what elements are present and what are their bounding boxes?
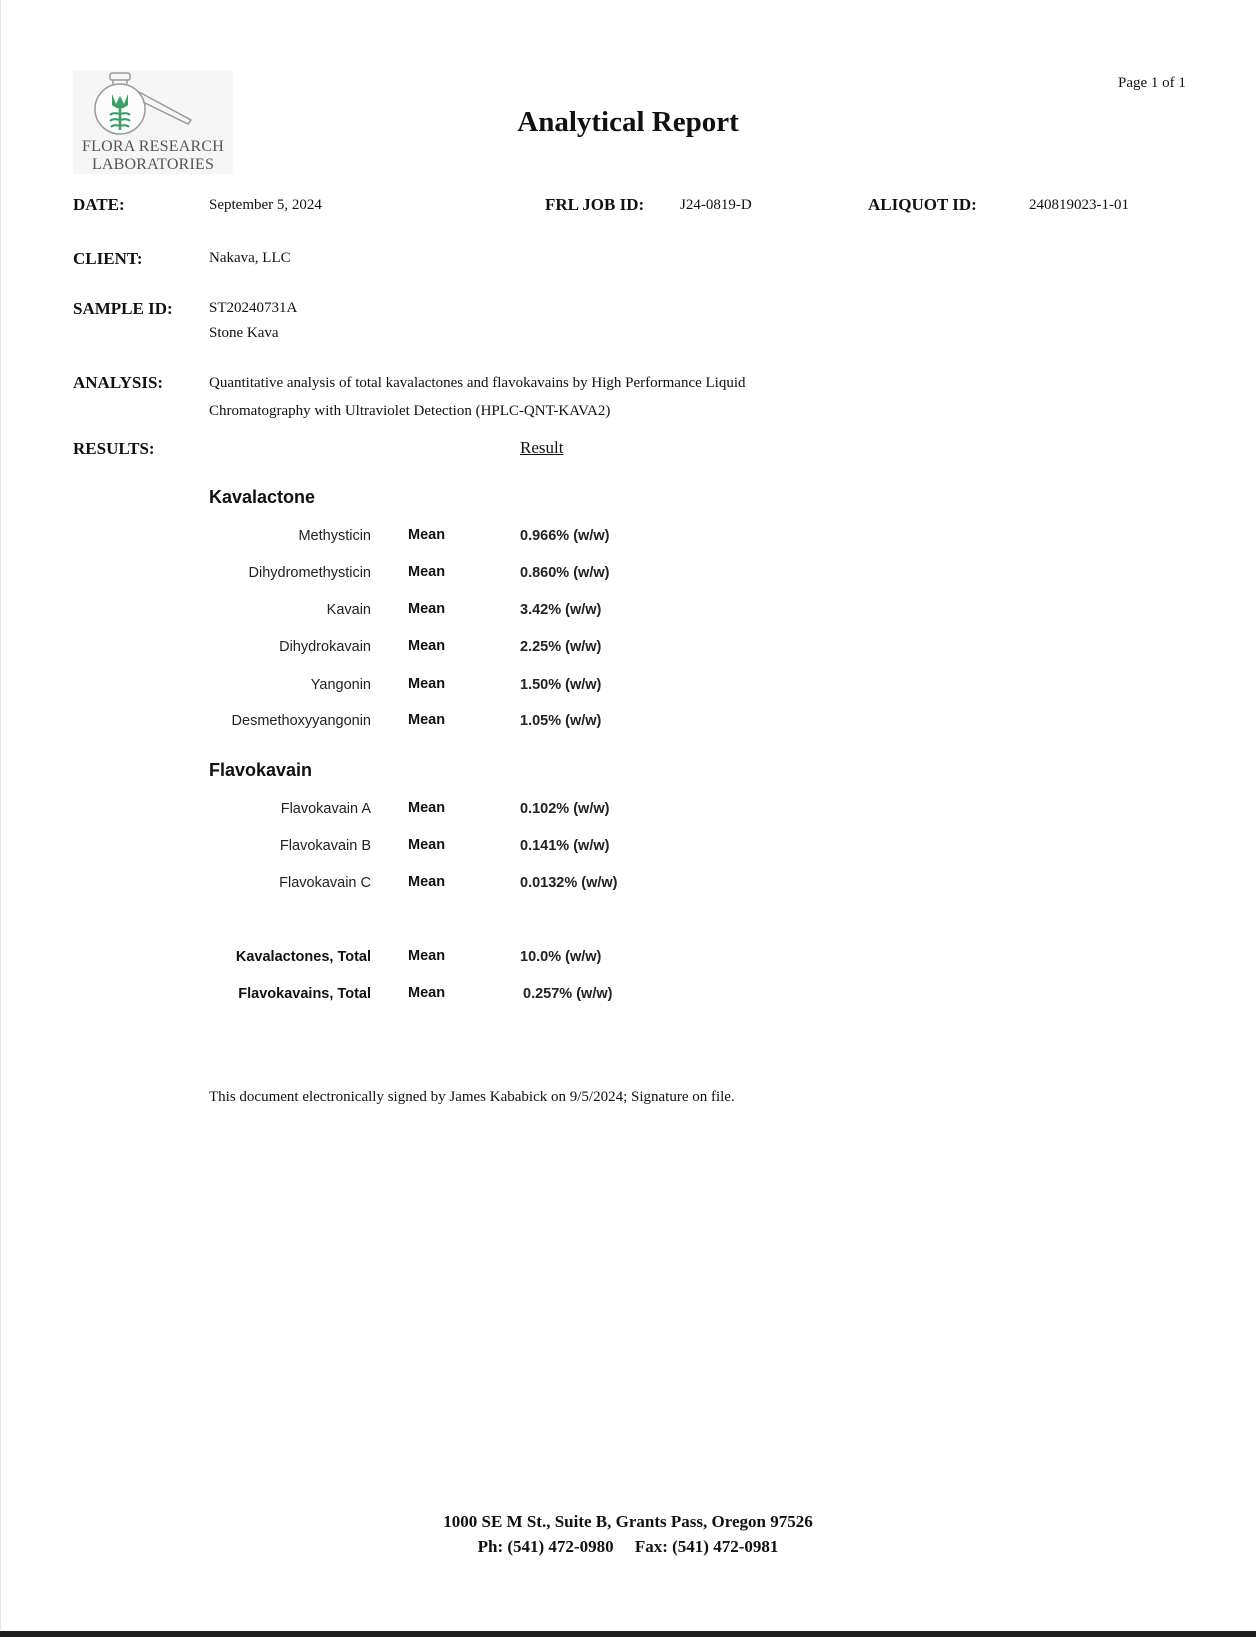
statistic-label: Mean (408, 712, 445, 728)
statistic-label: Mean (408, 527, 445, 543)
result-value: 0.141% (w/w) (520, 838, 609, 854)
analyte-name: Flavokavains, Total (111, 986, 371, 1002)
analysis-label: ANALYSIS: (73, 373, 163, 393)
result-value: 3.42% (w/w) (520, 602, 601, 618)
results-label: RESULTS: (73, 439, 155, 459)
analyte-name: Methysticin (111, 528, 371, 544)
statistic-label: Mean (408, 564, 445, 580)
result-value: 0.0132% (w/w) (520, 875, 618, 891)
date-value: September 5, 2024 (209, 197, 322, 214)
result-value: 0.860% (w/w) (520, 565, 609, 581)
statistic-label: Mean (408, 948, 445, 964)
analyte-name: Dihydromethysticin (111, 565, 371, 581)
statistic-label: Mean (408, 601, 445, 617)
page-number: Page 1 of 1 (1118, 75, 1186, 92)
sample-id-label: SAMPLE ID: (73, 299, 173, 319)
footer-address: 1000 SE M St., Suite B, Grants Pass, Ore… (0, 1512, 1256, 1532)
analyte-name: Desmethoxyyangonin (111, 713, 371, 729)
statistic-label: Mean (408, 638, 445, 654)
statistic-label: Mean (408, 800, 445, 816)
date-label: DATE: (73, 195, 125, 215)
bottom-bar (0, 1631, 1256, 1637)
analyte-name: Yangonin (111, 677, 371, 693)
result-value: 10.0% (w/w) (520, 949, 601, 965)
statistic-label: Mean (408, 837, 445, 853)
result-column-header: Result (520, 438, 563, 458)
statistic-label: Mean (408, 985, 445, 1001)
result-value: 1.05% (w/w) (520, 713, 601, 729)
aliquot-id-value: 240819023-1-01 (1029, 197, 1129, 214)
analyte-name: Kavalactones, Total (111, 949, 371, 965)
logo-text-line2: LABORATORIES (73, 156, 233, 173)
logo-text-line1: FLORA RESEARCH (73, 138, 233, 155)
job-id-label: FRL JOB ID: (545, 195, 644, 215)
analyte-name: Kavain (111, 602, 371, 618)
aliquot-id-label: ALIQUOT ID: (868, 195, 977, 215)
result-value: 2.25% (w/w) (520, 639, 601, 655)
analyte-name: Flavokavain B (111, 838, 371, 854)
sample-id-value: ST20240731A (209, 300, 297, 317)
analysis-line-2: Chromatography with Ultraviolet Detectio… (209, 403, 610, 420)
client-label: CLIENT: (73, 249, 143, 269)
kavalactone-heading: Kavalactone (209, 487, 315, 508)
flavokavain-heading: Flavokavain (209, 760, 312, 781)
page-edge (0, 0, 1, 1630)
statistic-label: Mean (408, 874, 445, 890)
signature-statement: This document electronically signed by J… (209, 1089, 735, 1106)
result-value: 1.50% (w/w) (520, 677, 601, 693)
sample-name-value: Stone Kava (209, 325, 279, 342)
analyte-name: Dihydrokavain (111, 639, 371, 655)
analysis-line-1: Quantitative analysis of total kavalacto… (209, 375, 746, 392)
statistic-label: Mean (408, 676, 445, 692)
report-title: Analytical Report (0, 106, 1256, 139)
job-id-value: J24-0819-D (680, 197, 752, 214)
result-value: 0.966% (w/w) (520, 528, 609, 544)
analyte-name: Flavokavain A (111, 801, 371, 817)
footer-phone-fax: Ph: (541) 472-0980 Fax: (541) 472-0981 (0, 1537, 1256, 1557)
client-value: Nakava, LLC (209, 250, 291, 267)
analyte-name: Flavokavain C (111, 875, 371, 891)
result-value: 0.257% (w/w) (523, 986, 612, 1002)
result-value: 0.102% (w/w) (520, 801, 609, 817)
